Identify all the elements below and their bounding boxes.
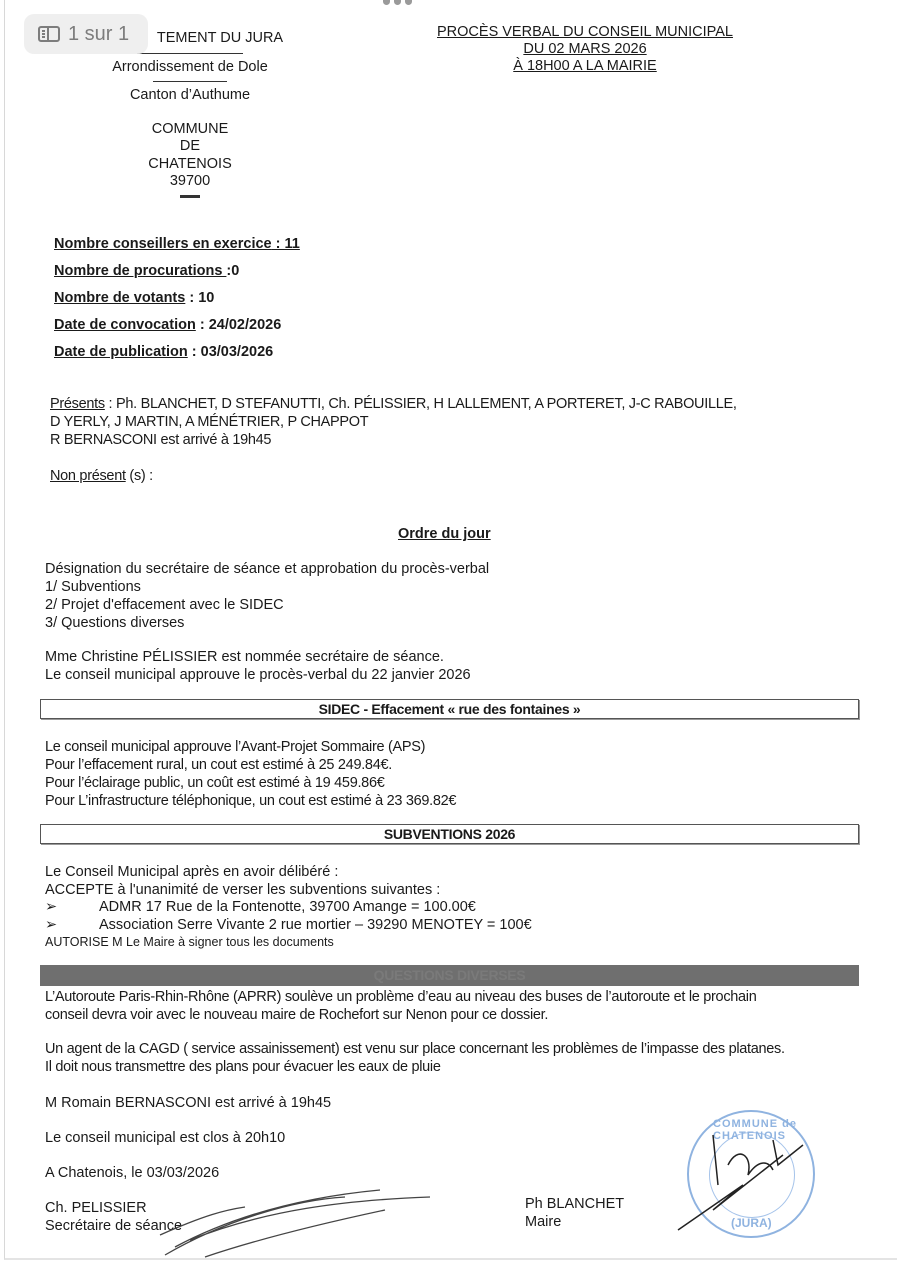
subventions-body: Le Conseil Municipal après en avoir déli… xyxy=(45,864,532,952)
stat-sep: : xyxy=(185,290,198,306)
commune-line: COMMUNE xyxy=(45,121,335,139)
absent-label: Non présent xyxy=(50,468,126,484)
sidec-line: Le conseil municipal approuve l’Avant-Pr… xyxy=(45,738,456,756)
arrow-bullet-icon: ➢ xyxy=(45,899,99,917)
title-line: DU 02 MARS 2026 xyxy=(523,41,646,57)
stat-label: Date de publication xyxy=(54,344,188,360)
mayor-name: Ph BLANCHET xyxy=(525,1195,624,1213)
meeting-stats: Nombre conseillers en exercice : 11 Nomb… xyxy=(54,236,300,371)
divider xyxy=(137,53,243,54)
subventions-intro: ACCEPTE à l'unanimité de verser les subv… xyxy=(45,882,532,900)
authorise-text: AUTORISE M Le Maire à signer tous les do… xyxy=(45,934,532,952)
stat-value: 24/02/2026 xyxy=(209,317,282,333)
stat-value: 03/03/2026 xyxy=(201,344,274,360)
stat-sep: : xyxy=(272,236,285,252)
stat-sep: : xyxy=(188,344,201,360)
commune-line: 39700 xyxy=(45,173,335,191)
sidec-body: Le conseil municipal approuve l’Avant-Pr… xyxy=(45,738,456,810)
canton: Canton d’Authume xyxy=(45,87,335,105)
stat-sep: : xyxy=(196,317,209,333)
mayor-block: Ph BLANCHET Maire xyxy=(525,1195,624,1231)
place-date: A Chatenois, le 03/03/2026 xyxy=(45,1164,331,1182)
sidec-line: Pour l’effacement rural, un cout est est… xyxy=(45,756,456,774)
divider xyxy=(153,81,227,82)
more-options-button[interactable] xyxy=(383,0,412,5)
subvention-text: ADMR 17 Rue de la Fontenotte, 39700 Aman… xyxy=(99,899,476,917)
agenda-item: Désignation du secrétaire de séance et a… xyxy=(45,560,489,578)
stat-label: Nombre de procurations xyxy=(54,263,226,279)
section-sidec-header: SIDEC - Effacement « rue des fontaines » xyxy=(40,699,859,719)
dot xyxy=(383,0,390,5)
header-left: TEMENT DU JURA Arrondissement de Dole Ca… xyxy=(45,30,335,198)
question-line: conseil devra voir avec le nouveau maire… xyxy=(45,1006,785,1024)
stat-value: 11 xyxy=(285,236,300,252)
pv-approval: Le conseil municipal approuve le procès-… xyxy=(45,666,489,684)
stat-row: Date de publication : 03/03/2026 xyxy=(54,344,300,371)
subvention-item: ➢ ADMR 17 Rue de la Fontenotte, 39700 Am… xyxy=(45,899,532,917)
commune-line: CHATENOIS xyxy=(45,156,335,174)
mayor-signature-icon xyxy=(673,1115,813,1235)
present-label: Présents xyxy=(50,396,105,412)
subventions-intro: Le Conseil Municipal après en avoir déli… xyxy=(45,864,532,882)
dot xyxy=(394,0,401,5)
agenda: Désignation du secrétaire de séance et a… xyxy=(45,560,489,684)
stat-value: 0 xyxy=(231,263,239,279)
sidec-line: Pour l’éclairage public, un coût est est… xyxy=(45,774,456,792)
commune-line: DE xyxy=(45,138,335,156)
dot xyxy=(405,0,412,5)
arrondissement: Arrondissement de Dole xyxy=(45,59,335,77)
question-line: Un agent de la CAGD ( service assainisse… xyxy=(45,1040,785,1058)
stat-row: Nombre de votants : 10 xyxy=(54,290,300,317)
question-line: Il doit nous transmettre des plans pour … xyxy=(45,1058,785,1076)
secretary-nomination: Mme Christine PÉLISSIER est nommée secré… xyxy=(45,648,489,666)
stat-value: 10 xyxy=(198,290,214,306)
attendance: Présents : Ph. BLANCHET, D STEFANUTTI, C… xyxy=(50,395,737,485)
stat-row: Nombre de procurations :0 xyxy=(54,263,300,290)
divider xyxy=(180,195,200,198)
document-page: TEMENT DU JURA Arrondissement de Dole Ca… xyxy=(4,0,897,1260)
agenda-title: Ordre du jour xyxy=(398,526,491,542)
arrow-bullet-icon: ➢ xyxy=(45,917,99,935)
stat-row: Nombre conseillers en exercice : 11 xyxy=(54,236,300,263)
subvention-text: Association Serre Vivante 2 rue mortier … xyxy=(99,917,532,935)
title-line: À 18H00 A LA MAIRIE xyxy=(513,58,656,74)
stat-row: Date de convocation : 24/02/2026 xyxy=(54,317,300,344)
late-arrival: R BERNASCONI est arrivé à 19h45 xyxy=(50,431,737,449)
present-list: : Ph. BLANCHET, D STEFANUTTI, Ch. PÉLISS… xyxy=(105,396,737,412)
subvention-item: ➢ Association Serre Vivante 2 rue mortie… xyxy=(45,917,532,935)
title-line: PROCÈS VERBAL DU CONSEIL MUNICIPAL xyxy=(437,24,733,40)
stat-label: Date de convocation xyxy=(54,317,196,333)
sidec-line: Pour L’infrastructure téléphonique, un c… xyxy=(45,792,456,810)
section-questions-header: QUESTIONS DIVERSES xyxy=(40,965,859,986)
secretary-signature-icon xyxy=(145,1185,435,1260)
agenda-item: 3/ Questions diverses xyxy=(45,614,489,632)
sidebar-toggle-icon xyxy=(38,26,60,42)
page-count: 1 sur 1 xyxy=(68,23,129,46)
questions-body: L’Autoroute Paris-Rhin-Rhône (APRR) soul… xyxy=(45,988,785,1076)
page-indicator[interactable]: 1 sur 1 xyxy=(24,14,148,54)
agenda-item: 2/ Projet d'effacement avec le SIDEC xyxy=(45,596,489,614)
section-subventions-header: SUBVENTIONS 2026 xyxy=(40,824,859,844)
agenda-item: 1/ Subventions xyxy=(45,578,489,596)
stat-label: Nombre conseillers en exercice xyxy=(54,236,272,252)
mayor-role: Maire xyxy=(525,1213,624,1231)
question-line: L’Autoroute Paris-Rhin-Rhône (APRR) soul… xyxy=(45,988,785,1006)
present-list-cont: D YERLY, J MARTIN, A MÉNÉTRIER, P CHAPPO… xyxy=(50,413,737,431)
document-title: PROCÈS VERBAL DU CONSEIL MUNICIPAL DU 02… xyxy=(415,24,755,75)
arrival-note: M Romain BERNASCONI est arrivé à 19h45 xyxy=(45,1094,331,1112)
stat-label: Nombre de votants xyxy=(54,290,185,306)
closing-time: Le conseil municipal est clos à 20h10 xyxy=(45,1129,331,1147)
absent-suffix: (s) : xyxy=(126,468,153,484)
